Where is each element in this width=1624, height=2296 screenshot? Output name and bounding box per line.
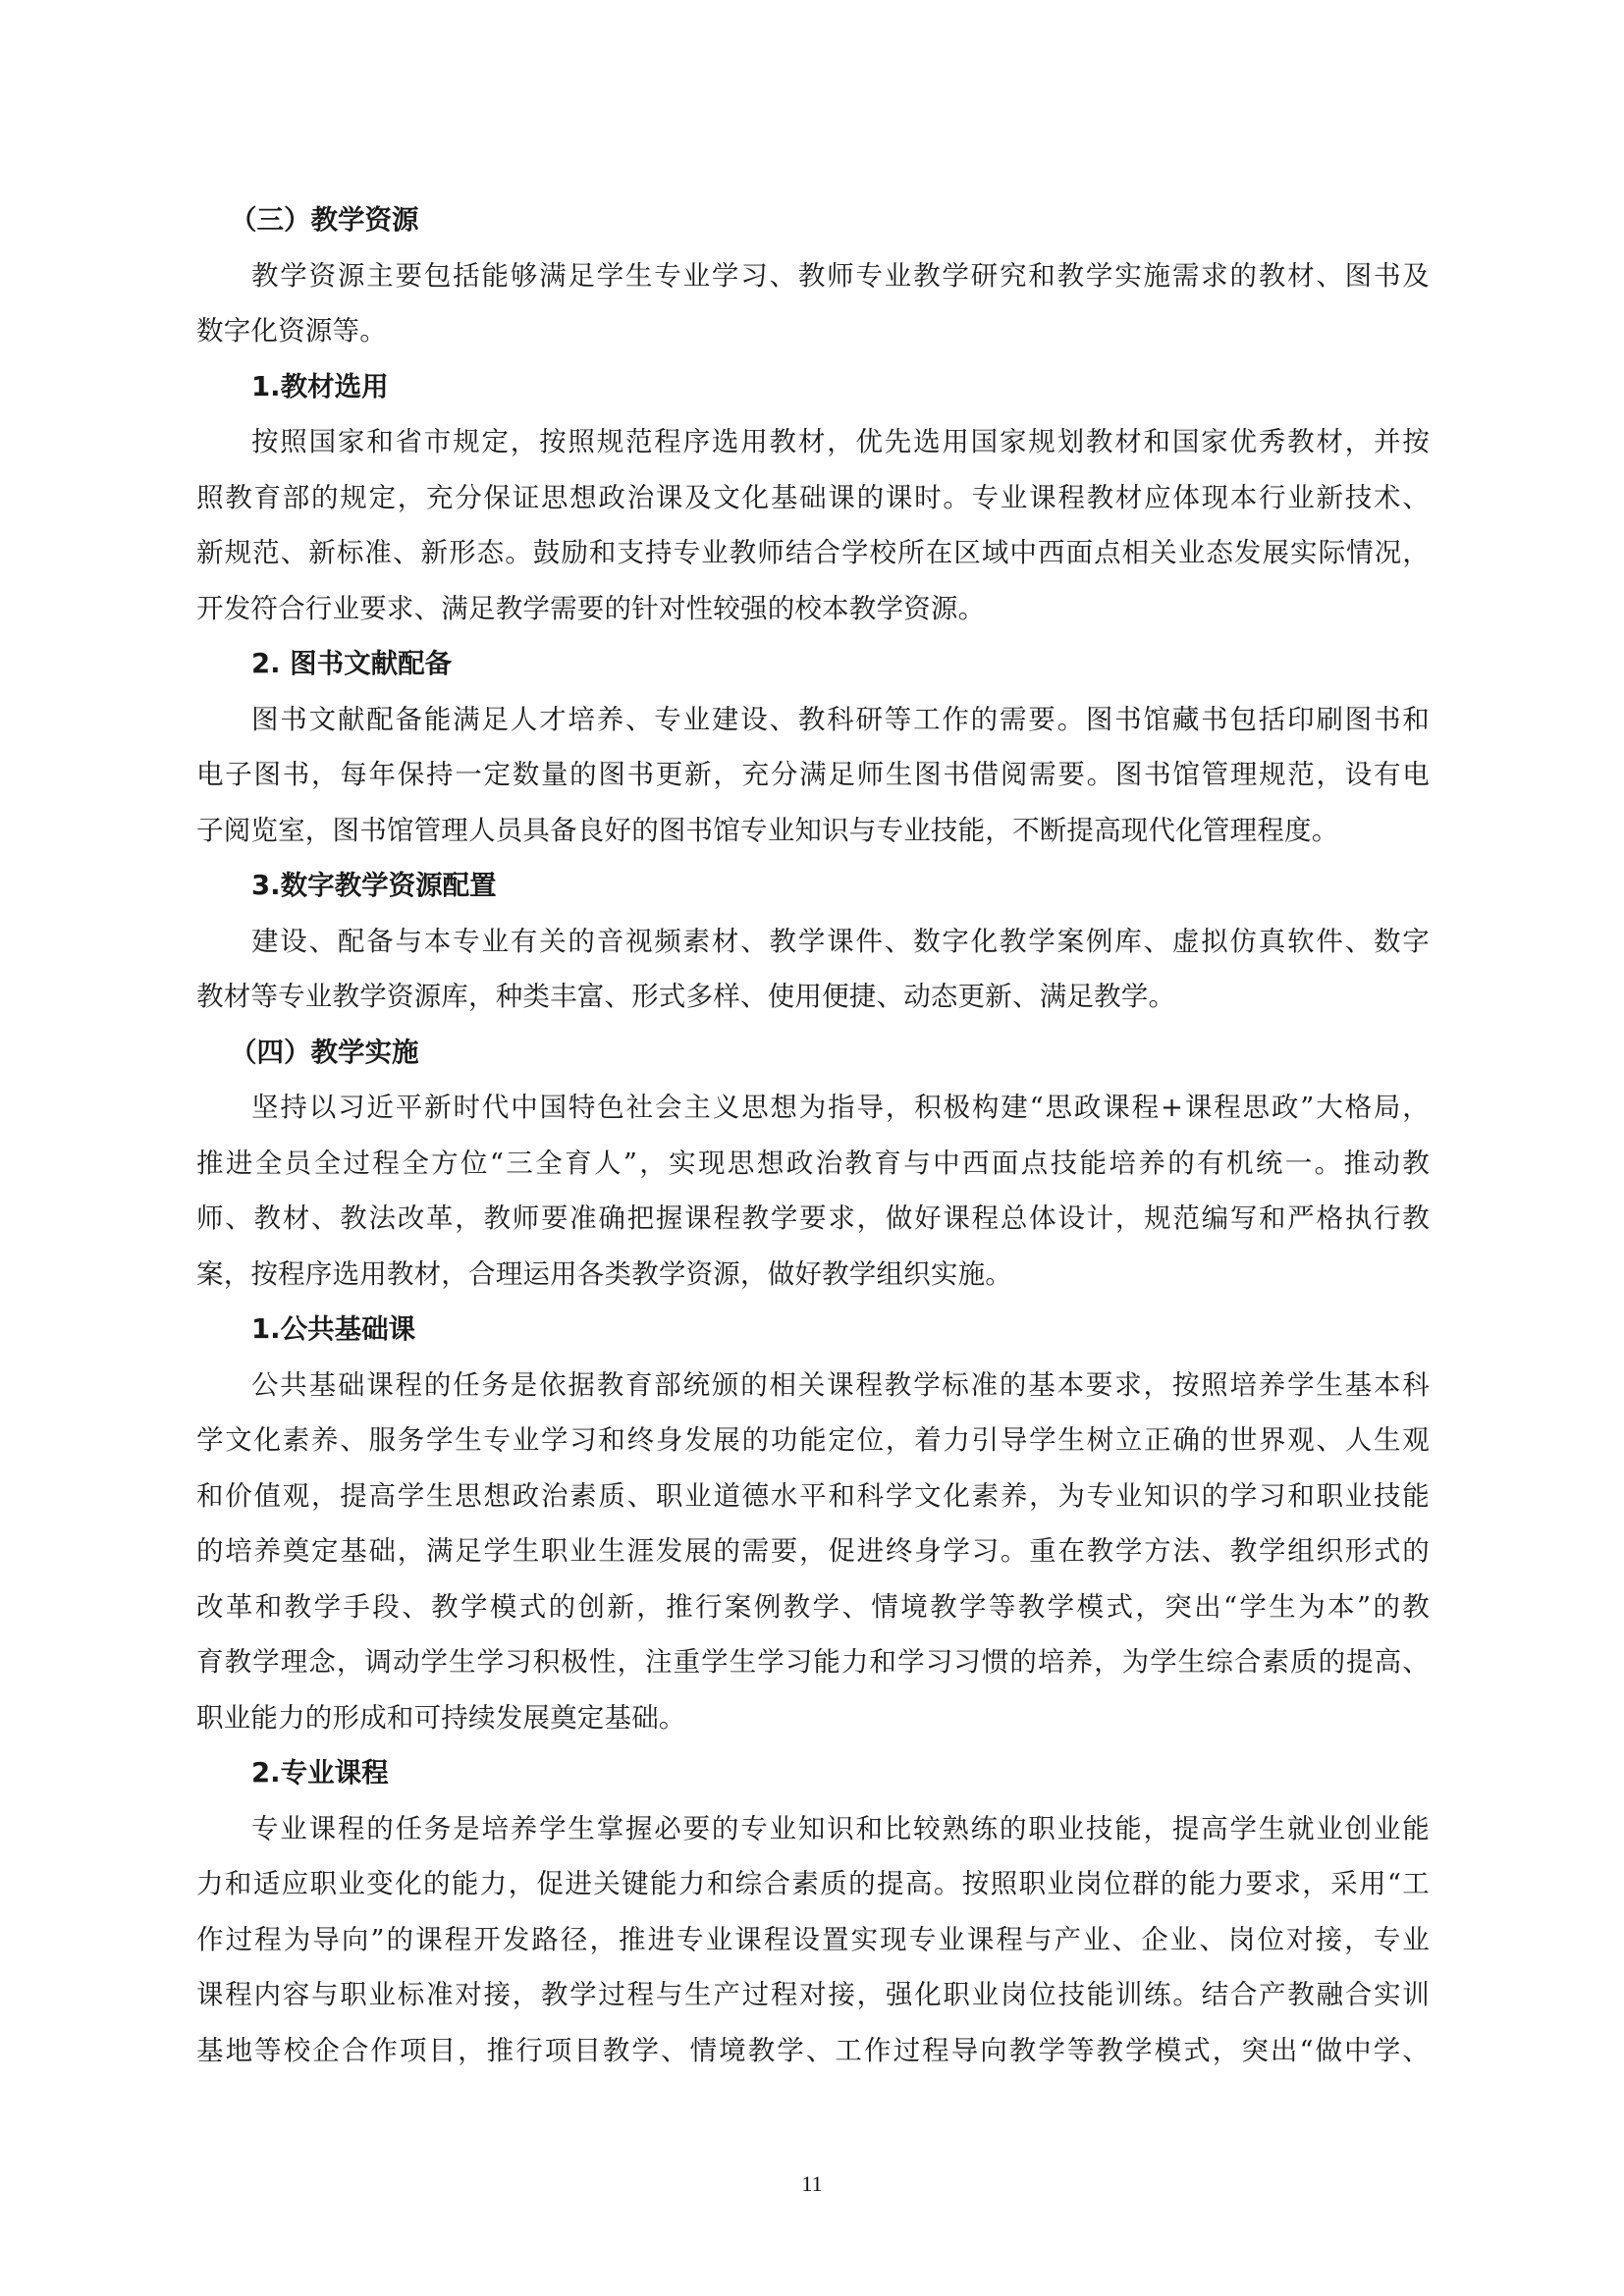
paragraph-digital-resources: 建设、配备与本专业有关的音视频素材、教学课件、数字化教学案例库、虚拟仿真软件、数…	[196, 914, 1430, 1025]
paragraph-public-foundation-courses: 公共基础课程的任务是依据教育部统颁的相关课程教学标准的基本要求，按照培养学生基本…	[196, 1358, 1430, 1746]
paragraph-line: 职业能力的形成和可持续发展奠定基础。	[196, 1690, 1430, 1746]
paragraph-teaching-resources-intro: 教学资源主要包括能够满足学生专业学习、教师专业教学研究和教学实施需求的教材、图书…	[196, 248, 1430, 359]
sub-heading-professional-courses: 2.专业课程	[196, 1745, 1430, 1801]
paragraph-line: 坚持以习近平新时代中国特色社会主义思想为指导，积极构建“思政课程+课程思政”大格…	[196, 1080, 1430, 1136]
paragraph-line: 作过程为导向”的课程开发路径，推进专业课程设置实现专业课程与产业、企业、岗位对接…	[196, 1912, 1430, 1968]
paragraph-line: 教学资源主要包括能够满足学生专业学习、教师专业教学研究和教学实施需求的教材、图书…	[196, 248, 1430, 304]
paragraph-line: 建设、配备与本专业有关的音视频素材、教学课件、数字化教学案例库、虚拟仿真软件、数…	[196, 914, 1430, 970]
sub-heading-textbook-selection: 1.教材选用	[196, 359, 1430, 415]
paragraph-line: 数字化资源等。	[196, 303, 1430, 359]
paragraph-line: 新规范、新标准、新形态。鼓励和支持专业教师结合学校所在区域中西面点相关业态发展实…	[196, 525, 1430, 581]
paragraph-teaching-implementation: 坚持以习近平新时代中国特色社会主义思想为指导，积极构建“思政课程+课程思政”大格…	[196, 1080, 1430, 1302]
paragraph-line: 开发符合行业要求、满足教学需要的针对性较强的校本教学资源。	[196, 581, 1430, 637]
paragraph-line: 师、教材、教法改革，教师要准确把握课程教学要求，做好课程总体设计，规范编写和严格…	[196, 1191, 1430, 1247]
paragraph-line: 改革和教学手段、教学模式的创新，推行案例教学、情境教学等教学模式，突出“学生为本…	[196, 1579, 1430, 1635]
paragraph-line: 力和适应职业变化的能力，促进关键能力和综合素质的提高。按照职业岗位群的能力要求，…	[196, 1856, 1430, 1912]
paragraph-line: 案，按程序选用教材，合理运用各类教学资源，做好教学组织实施。	[196, 1247, 1430, 1303]
paragraph-line: 推进全员全过程全方位“三全育人”，实现思想政治教育与中西面点技能培养的有机统一。…	[196, 1136, 1430, 1192]
paragraph-line: 教材等专业教学资源库，种类丰富、形式多样、使用便捷、动态更新、满足教学。	[196, 969, 1430, 1025]
paragraph-line: 图书文献配备能满足人才培养、专业建设、教科研等工作的需要。图书馆藏书包括印刷图书…	[196, 692, 1430, 748]
paragraph-line: 按照国家和省市规定，按照规范程序选用教材，优先选用国家规划教材和国家优秀教材，并…	[196, 414, 1430, 470]
paragraph-line: 课程内容与职业标准对接，教学过程与生产过程对接，强化职业岗位技能训练。结合产教融…	[196, 1967, 1430, 2023]
paragraph-line: 照教育部的规定，充分保证思想政治课及文化基础课的课时。专业课程教材应体现本行业新…	[196, 470, 1430, 526]
page-number: 11	[0, 2171, 1624, 2197]
document-page: （三）教学资源 教学资源主要包括能够满足学生专业学习、教师专业教学研究和教学实施…	[196, 192, 1430, 2078]
section-heading-teaching-implementation: （四）教学实施	[196, 1025, 1430, 1081]
sub-heading-digital-resources: 3.数字教学资源配置	[196, 858, 1430, 914]
paragraph-line: 电子图书，每年保持一定数量的图书更新，充分满足师生图书借阅需要。图书馆管理规范，…	[196, 747, 1430, 803]
paragraph-professional-courses: 专业课程的任务是培养学生掌握必要的专业知识和比较熟练的职业技能，提高学生就业创业…	[196, 1801, 1430, 2079]
paragraph-library-resources: 图书文献配备能满足人才培养、专业建设、教科研等工作的需要。图书馆藏书包括印刷图书…	[196, 692, 1430, 859]
paragraph-line: 育教学理念，调动学生学习积极性，注重学生学习能力和学习习惯的培养，为学生综合素质…	[196, 1634, 1430, 1690]
paragraph-textbook-selection: 按照国家和省市规定，按照规范程序选用教材，优先选用国家规划教材和国家优秀教材，并…	[196, 414, 1430, 636]
sub-heading-public-foundation-courses: 1.公共基础课	[196, 1302, 1430, 1358]
paragraph-line: 子阅览室，图书馆管理人员具备良好的图书馆专业知识与专业技能，不断提高现代化管理程…	[196, 803, 1430, 859]
sub-heading-library-resources: 2. 图书文献配备	[196, 636, 1430, 692]
section-heading-teaching-resources: （三）教学资源	[196, 192, 1430, 248]
paragraph-line: 公共基础课程的任务是依据教育部统颁的相关课程教学标准的基本要求，按照培养学生基本…	[196, 1358, 1430, 1414]
paragraph-line: 学文化素养、服务学生专业学习和终身发展的功能定位，着力引导学生树立正确的世界观、…	[196, 1413, 1430, 1468]
paragraph-line: 基地等校企合作项目，推行项目教学、情境教学、工作过程导向教学等教学模式，突出“做…	[196, 2023, 1430, 2079]
paragraph-line: 专业课程的任务是培养学生掌握必要的专业知识和比较熟练的职业技能，提高学生就业创业…	[196, 1801, 1430, 1857]
paragraph-line: 的培养奠定基础，满足学生职业生涯发展的需要，促进终身学习。重在教学方法、教学组织…	[196, 1523, 1430, 1579]
paragraph-line: 和价值观，提高学生思想政治素质、职业道德水平和科学文化素养，为专业知识的学习和职…	[196, 1468, 1430, 1524]
